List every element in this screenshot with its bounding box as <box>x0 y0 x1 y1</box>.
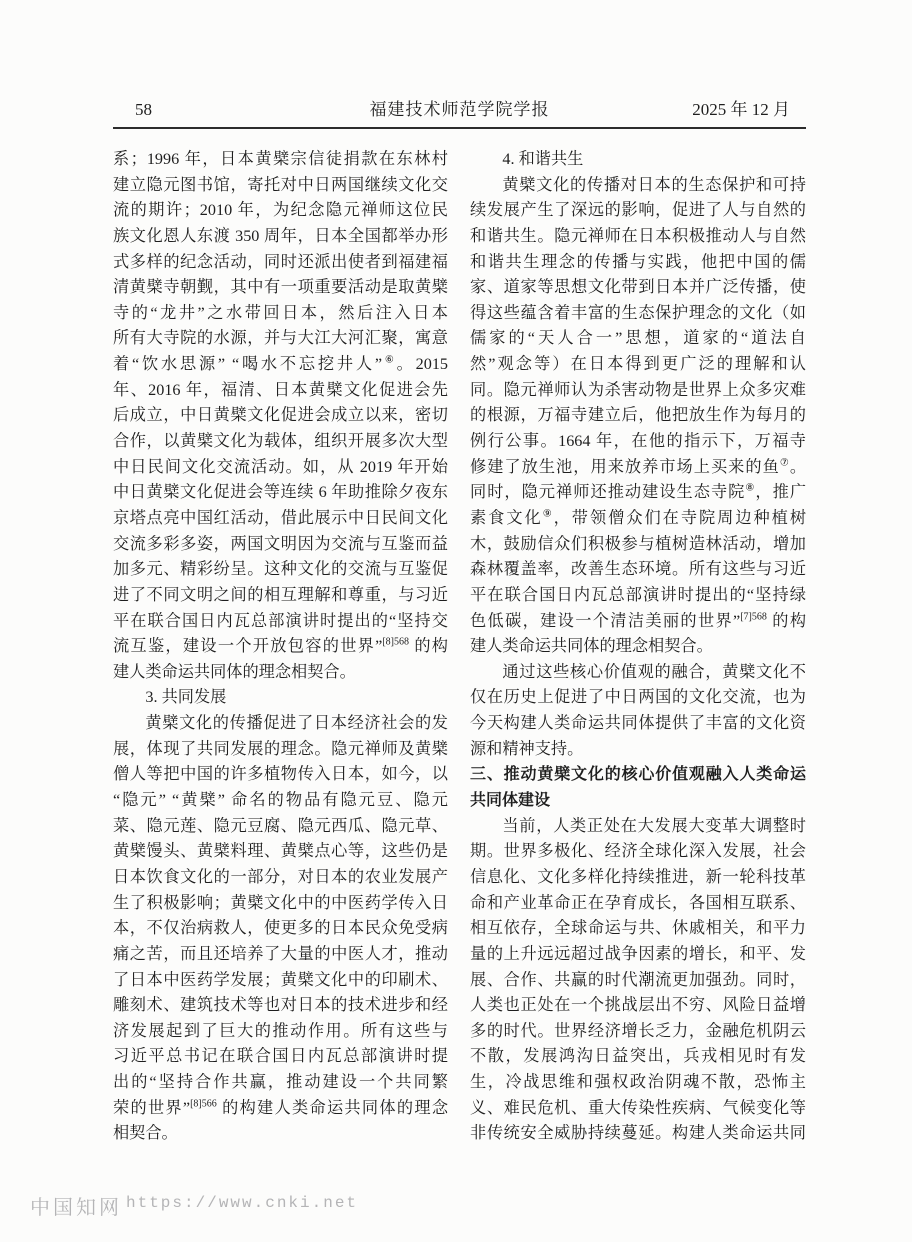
text-line: 不散，发展鸿沟日益突出，兵戎相见时有发 <box>470 1044 806 1070</box>
text-line: 加多元、精彩纷呈。这种文化的交流与互鉴促 <box>113 557 448 583</box>
text-line: 续发展产生了深远的影响，促进了人与自然的 <box>470 198 806 224</box>
section-heading-line: 共同体建设 <box>470 788 806 814</box>
text-line: 展，体现了共同发展的理念。隐元禅师及黄檗 <box>113 737 448 763</box>
text-line: 济发展起到了巨大的推动作用。所有这些与 <box>113 1019 448 1045</box>
text-line: 习近平总书记在联合国日内瓦总部演讲时提 <box>113 1044 448 1070</box>
text-line: 命和产业革命正在孕育成长，各国相互联系、 <box>470 891 806 917</box>
text-line: 京塔点亮中国红活动，借此展示中日民间文化 <box>113 506 448 532</box>
text-line: 年、2016 年，福清、日本黄檗文化促进会先 <box>113 378 448 404</box>
cnki-watermark-url: https://www.cnki.net <box>126 1194 358 1212</box>
reference-superscript: [8]566 <box>190 1098 217 1109</box>
text-line: 期。世界多极化、经济全球化深入发展，社会 <box>470 839 806 865</box>
text-line: 非传统安全威胁持续蔓延。构建人类命运共同 <box>470 1121 806 1147</box>
text-line: 今天构建人类命运共同体提供了丰富的文化资 <box>470 711 806 737</box>
text-line: 建人类命运共同体的理念相契合。 <box>470 634 806 660</box>
text-line: 和谐共生理念的传播与实践，他把中国的儒 <box>470 250 806 276</box>
text-line: 相互依存，全球命运与共、休戚相关，和平力 <box>470 916 806 942</box>
text-line: 本，不仅治病救人，使更多的日本民众免受病 <box>113 916 448 942</box>
text-line: 儒家的“天人合一”思想，道家的“道法自 <box>470 326 806 352</box>
text-line: 痛之苦，而且还培养了大量的中医人才，推动 <box>113 942 448 968</box>
text-line: 相契合。 <box>113 1121 448 1147</box>
text-line: 多的时代。世界经济增长乏力，金融危机阴云 <box>470 1019 806 1045</box>
text-line: 日本饮食文化的一部分，对日本的农业发展产 <box>113 865 448 891</box>
text-line: 黄檗文化的传播促进了日本经济社会的发 <box>113 711 448 737</box>
text-line: 色低碳，建设一个清洁美丽的世界”[7]568 的构 <box>470 609 806 635</box>
text-line: 平在联合国日内瓦总部演讲时提出的“坚持交 <box>113 609 448 635</box>
text-line: 3. 共同发展 <box>113 685 448 711</box>
text-line: 合作，以黄檗文化为载体，组织开展多次大型 <box>113 429 448 455</box>
text-line: 得这些蕴含着丰富的生态保护理念的文化（如 <box>470 301 806 327</box>
text-line: 同时，隐元禅师还推动建设生态寺院⑧，推广 <box>470 480 806 506</box>
text-line: 所有大寺院的水源，并与大江大河汇聚，寓意 <box>113 326 448 352</box>
text-line: 了日本中医药学发展；黄檗文化中的印刷术、 <box>113 968 448 994</box>
text-line: 雕刻术、建筑技术等也对日本的技术进步和经 <box>113 993 448 1019</box>
page-header: 58 福建技术师范学院学报 2025 年 12 月 <box>113 94 806 129</box>
text-line: 例行公事。1664 年，在他的指示下，万福寺 <box>470 429 806 455</box>
text-line: 素食文化⑨，带领僧众们在寺院周边种植树 <box>470 506 806 532</box>
text-line: 当前，人类正处在大发展大变革大调整时 <box>470 814 806 840</box>
text-line: 修建了放生池，用来放养市场上买来的鱼⑦。 <box>470 455 806 481</box>
text-line: 森林覆盖率，改善生态环境。所有这些与习近 <box>470 557 806 583</box>
reference-superscript: ⑧ <box>745 483 755 494</box>
text-line: 中日黄檗文化促进会等连续 6 年助推除夕夜东 <box>113 480 448 506</box>
text-line: 木，鼓励信众们积极参与植树造林活动，增加 <box>470 532 806 558</box>
text-line: 同。隐元禅师认为杀害动物是世界上众多灾难 <box>470 378 806 404</box>
column-left: 系；1996 年，日本黄檗宗信徒捐款在东林村建立隐元图书馆，寄托对中日两国继续文… <box>113 147 448 1147</box>
text-line: 交流多彩多姿，两国文明因为交流与互鉴而益 <box>113 532 448 558</box>
text-line: 僧人等把中国的许多植物传入日本，如今，以 <box>113 762 448 788</box>
column-right: 4. 和谐共生黄檗文化的传播对日本的生态保护和可持续发展产生了深远的影响，促进了… <box>470 147 806 1147</box>
text-line: 后成立，中日黄檗文化促进会成立以来，密切 <box>113 403 448 429</box>
text-line: 黄檗文化的传播对日本的生态保护和可持 <box>470 173 806 199</box>
text-line: 生了积极影响；黄檗文化中的中医药学传入日 <box>113 891 448 917</box>
text-line: 建立隐元图书馆，寄托对中日两国继续文化交 <box>113 173 448 199</box>
text-line: 荣的世界”[8]566 的构建人类命运共同体的理念 <box>113 1096 448 1122</box>
text-line: 族文化恩人东渡 350 周年，日本全国都举办形 <box>113 224 448 250</box>
text-line: “隐元” “黄檗” 命名的物品有隐元豆、隐元 <box>113 788 448 814</box>
text-line: 进了不同文明之间的相互理解和尊重，与习近 <box>113 583 448 609</box>
text-line: 人类也正处在一个挑战层出不穷、风险日益增 <box>470 993 806 1019</box>
text-line: 清黄檗寺朝觐，其中有一项重要活动是取黄檗 <box>113 275 448 301</box>
reference-superscript: ⑥ <box>382 355 397 366</box>
text-line: 建人类命运共同体的理念相契合。 <box>113 660 448 686</box>
text-line: 源和精神支持。 <box>470 737 806 763</box>
section-heading-line: 三、推动黄檗文化的核心价值观融入人类命运 <box>470 762 806 788</box>
text-line: 的根源，万福寺建立后，他把放生作为每月的 <box>470 403 806 429</box>
text-line: 4. 和谐共生 <box>470 147 806 173</box>
text-line: 义、难民危机、重大传染性疾病、气候变化等 <box>470 1096 806 1122</box>
text-line: 和谐共生。隐元禅师在日本积极推动人与自然 <box>470 224 806 250</box>
reference-superscript: [7]568 <box>740 611 767 622</box>
cnki-watermark-logo: 中国知网 <box>30 1191 122 1220</box>
text-line: 家、道家等思想文化带到日本并广泛传播，使 <box>470 275 806 301</box>
text-line: 生，冷战思维和强权政治阴魂不散，恐怖主 <box>470 1070 806 1096</box>
text-line: 黄檗馒头、黄檗料理、黄檗点心等，这些仍是 <box>113 839 448 865</box>
text-line: 量的上升远远超过战争因素的增长，和平、发 <box>470 942 806 968</box>
text-line: 仅在历史上促进了中日两国的文化交流，也为 <box>470 685 806 711</box>
text-line: 流的期许；2010 年，为纪念隐元禅师这位民 <box>113 198 448 224</box>
text-line: 菜、隐元莲、隐元豆腐、隐元西瓜、隐元草、 <box>113 814 448 840</box>
text-line: 中日民间文化交流活动。如，从 2019 年开始 <box>113 455 448 481</box>
text-line: 然”观念等）在日本得到更广泛的理解和认 <box>470 352 806 378</box>
reference-superscript: [8]568 <box>382 637 409 648</box>
text-line: 通过这些核心价值观的融合，黄檗文化不 <box>470 660 806 686</box>
text-line: 寺的“龙井”之水带回日本，然后注入日本 <box>113 301 448 327</box>
text-line: 流互鉴，建设一个开放包容的世界”[8]568 的构 <box>113 634 448 660</box>
text-line: 平在联合国日内瓦总部演讲时提出的“坚持绿 <box>470 583 806 609</box>
text-line: 展、合作、共赢的时代潮流更加强劲。同时， <box>470 968 806 994</box>
text-line: 系；1996 年，日本黄檗宗信徒捐款在东林村 <box>113 147 448 173</box>
reference-superscript: ⑨ <box>543 509 554 520</box>
text-line: 着“饮水思源” “喝水不忘挖井人”⑥。2015 <box>113 352 448 378</box>
issue-date: 2025 年 12 月 <box>692 95 790 120</box>
text-line: 信息化、文化多样化持续推进，新一轮科技革 <box>470 865 806 891</box>
text-line: 式多样的纪念活动，同时还派出使者到福建福 <box>113 250 448 276</box>
reference-superscript: ⑦ <box>780 457 790 468</box>
text-line: 出的“坚持合作共赢，推动建设一个共同繁 <box>113 1070 448 1096</box>
